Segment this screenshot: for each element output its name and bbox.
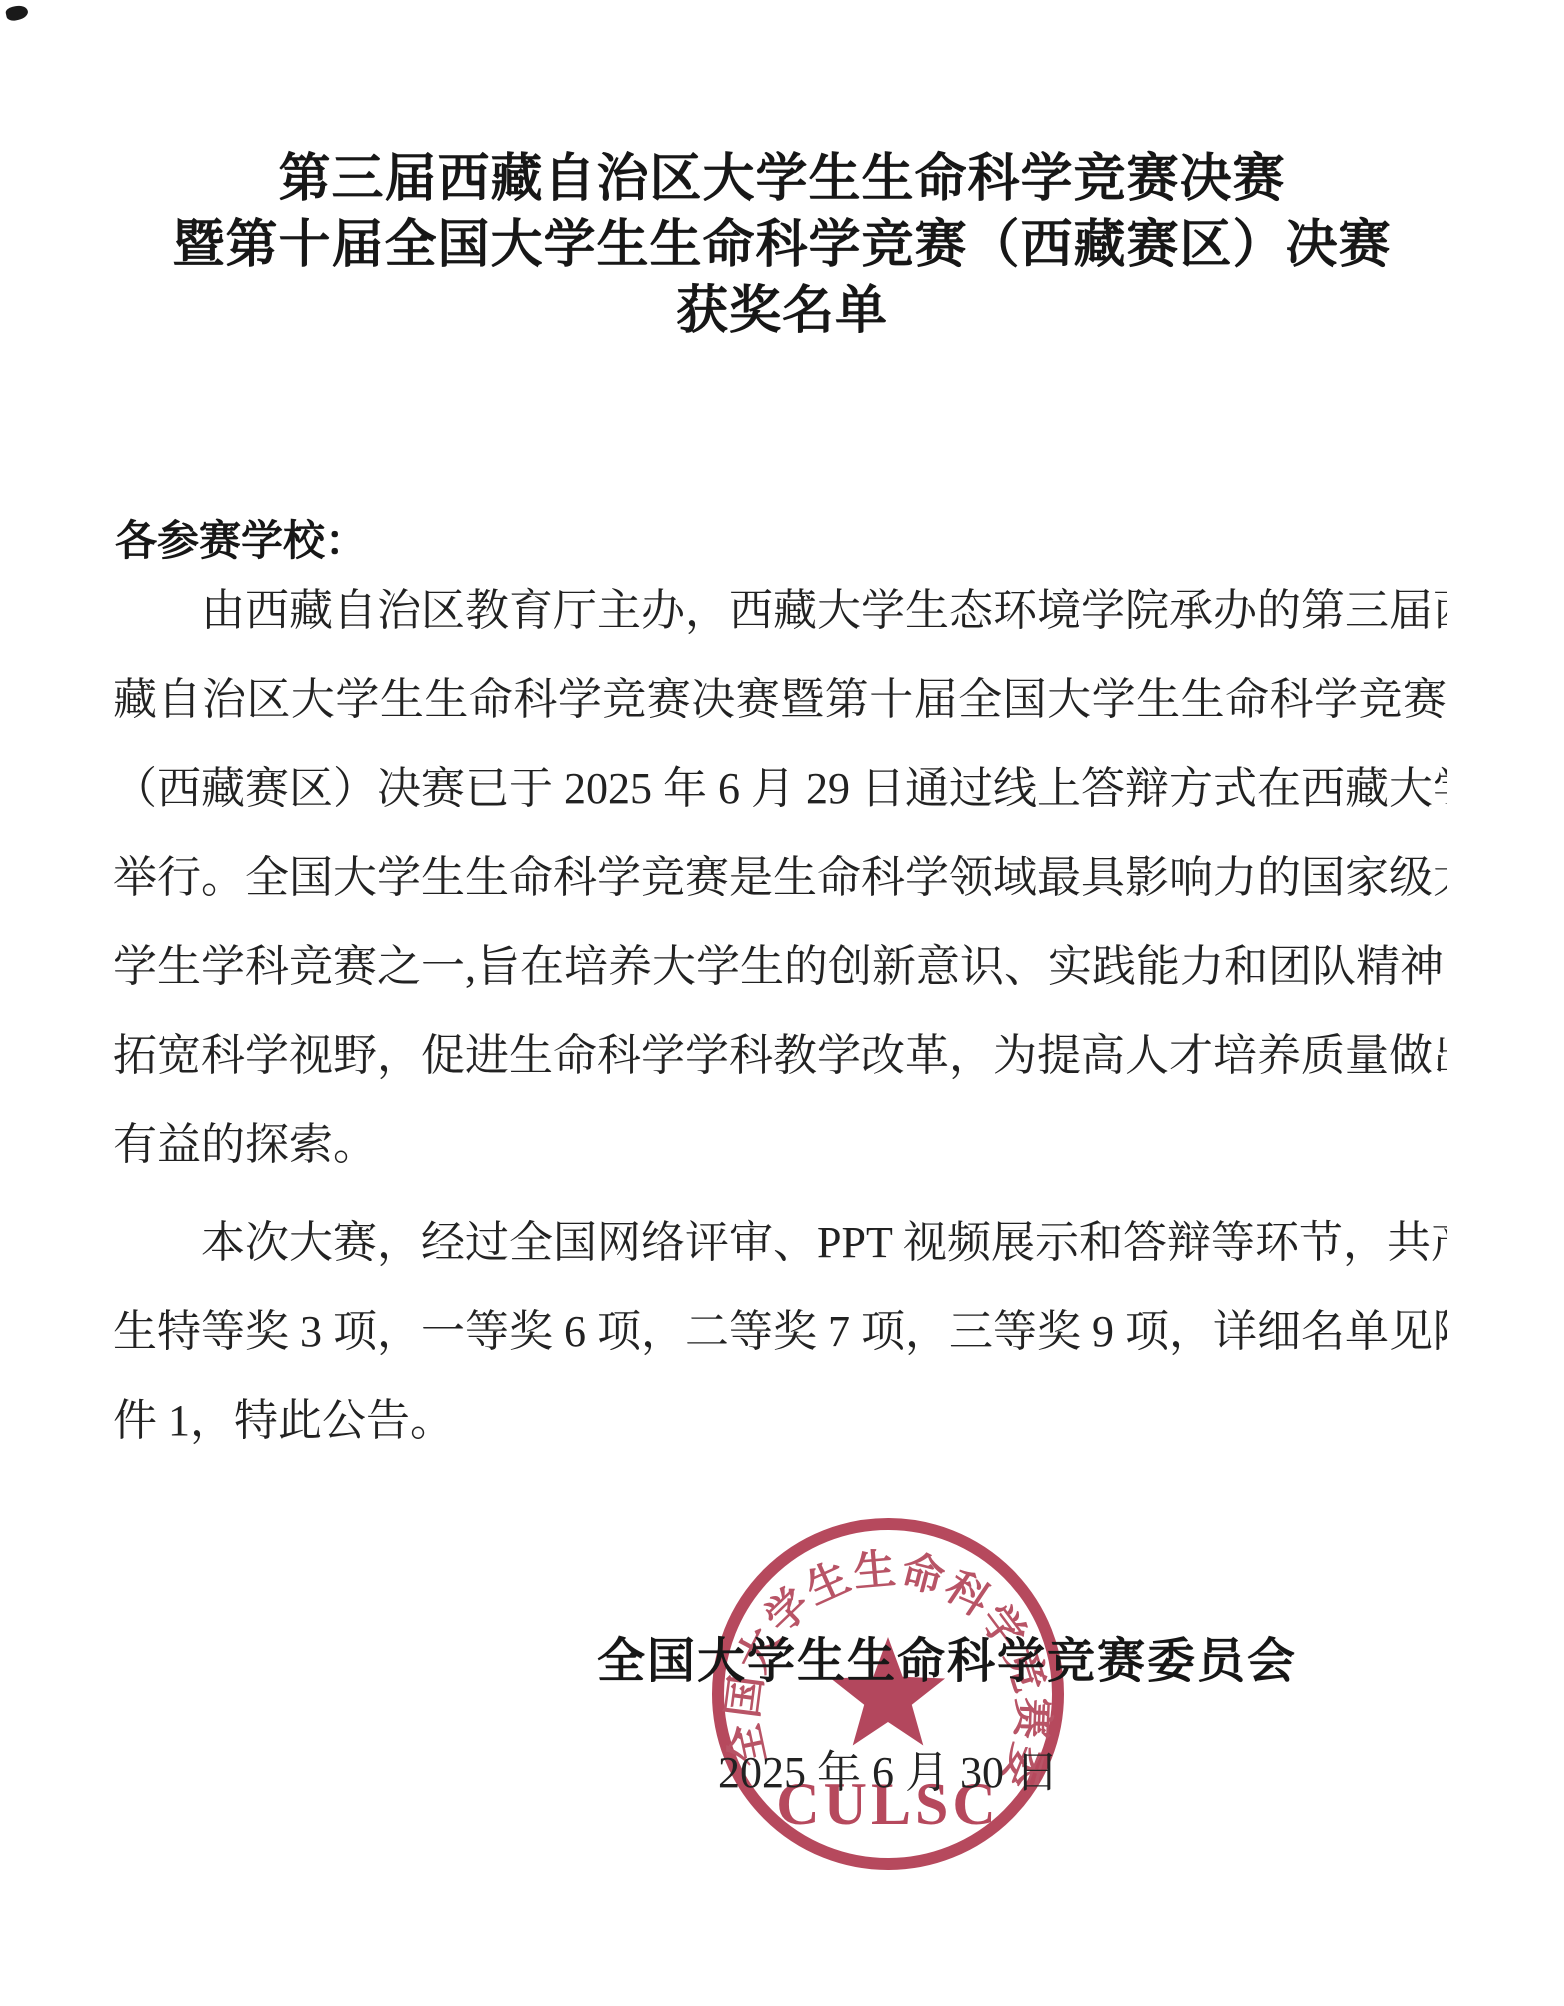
scan-artifact-mark (5, 4, 29, 22)
para1-line: 由西藏自治区教育厅主办，西藏大学生态环境学院承办的第三届西 (113, 566, 1447, 655)
paragraph-1: 由西藏自治区教育厅主办，西藏大学生态环境学院承办的第三届西 藏自治区大学生生命科… (113, 566, 1447, 1189)
para2-line: 本次大赛，经过全国网络评审、PPT 视频展示和答辩等环节，共产 (113, 1198, 1447, 1287)
para2-line: 件 1，特此公告。 (113, 1376, 1447, 1465)
title-line-3: 获奖名单 (0, 278, 1564, 344)
para1-line: 有益的探索。 (113, 1100, 1447, 1189)
signature-committee: 全国大学生生命科学竞赛委员会 (597, 1622, 1297, 1691)
para1-line: （西藏赛区）决赛已于 2025 年 6 月 29 日通过线上答辩方式在西藏大学 (113, 744, 1447, 833)
title-line-1: 第三届西藏自治区大学生生命科学竞赛决赛 (0, 146, 1564, 212)
para2-line: 生特等奖 3 项，一等奖 6 项，二等奖 7 项，三等奖 9 项，详细名单见附 (113, 1287, 1447, 1376)
document-date: 2025 年 6 月 30 日 (718, 1736, 1059, 1800)
title-line-2: 暨第十届全国大学生生命科学竞赛（西藏赛区）决赛 (0, 212, 1564, 278)
salutation: 各参赛学校： (115, 508, 367, 568)
document-title: 第三届西藏自治区大学生生命科学竞赛决赛 暨第十届全国大学生生命科学竞赛（西藏赛区… (0, 146, 1564, 344)
para1-line: 学生学科竞赛之一,旨在培养大学生的创新意识、实践能力和团队精神， (113, 922, 1447, 1011)
document-page: 第三届西藏自治区大学生生命科学竞赛决赛 暨第十届全国大学生生命科学竞赛（西藏赛区… (0, 0, 1564, 2006)
paragraph-2: 本次大赛，经过全国网络评审、PPT 视频展示和答辩等环节，共产 生特等奖 3 项… (113, 1198, 1447, 1465)
official-seal-stamp: 全国大学生生命科学竞赛委员会 CULSC (698, 1502, 1078, 1882)
para1-line: 举行。全国大学生生命科学竞赛是生命科学领域最具影响力的国家级大 (113, 833, 1447, 922)
para1-line: 藏自治区大学生生命科学竞赛决赛暨第十届全国大学生生命科学竞赛 (113, 655, 1447, 744)
para1-line: 拓宽科学视野，促进生命科学学科教学改革，为提高人才培养质量做出 (113, 1011, 1447, 1100)
